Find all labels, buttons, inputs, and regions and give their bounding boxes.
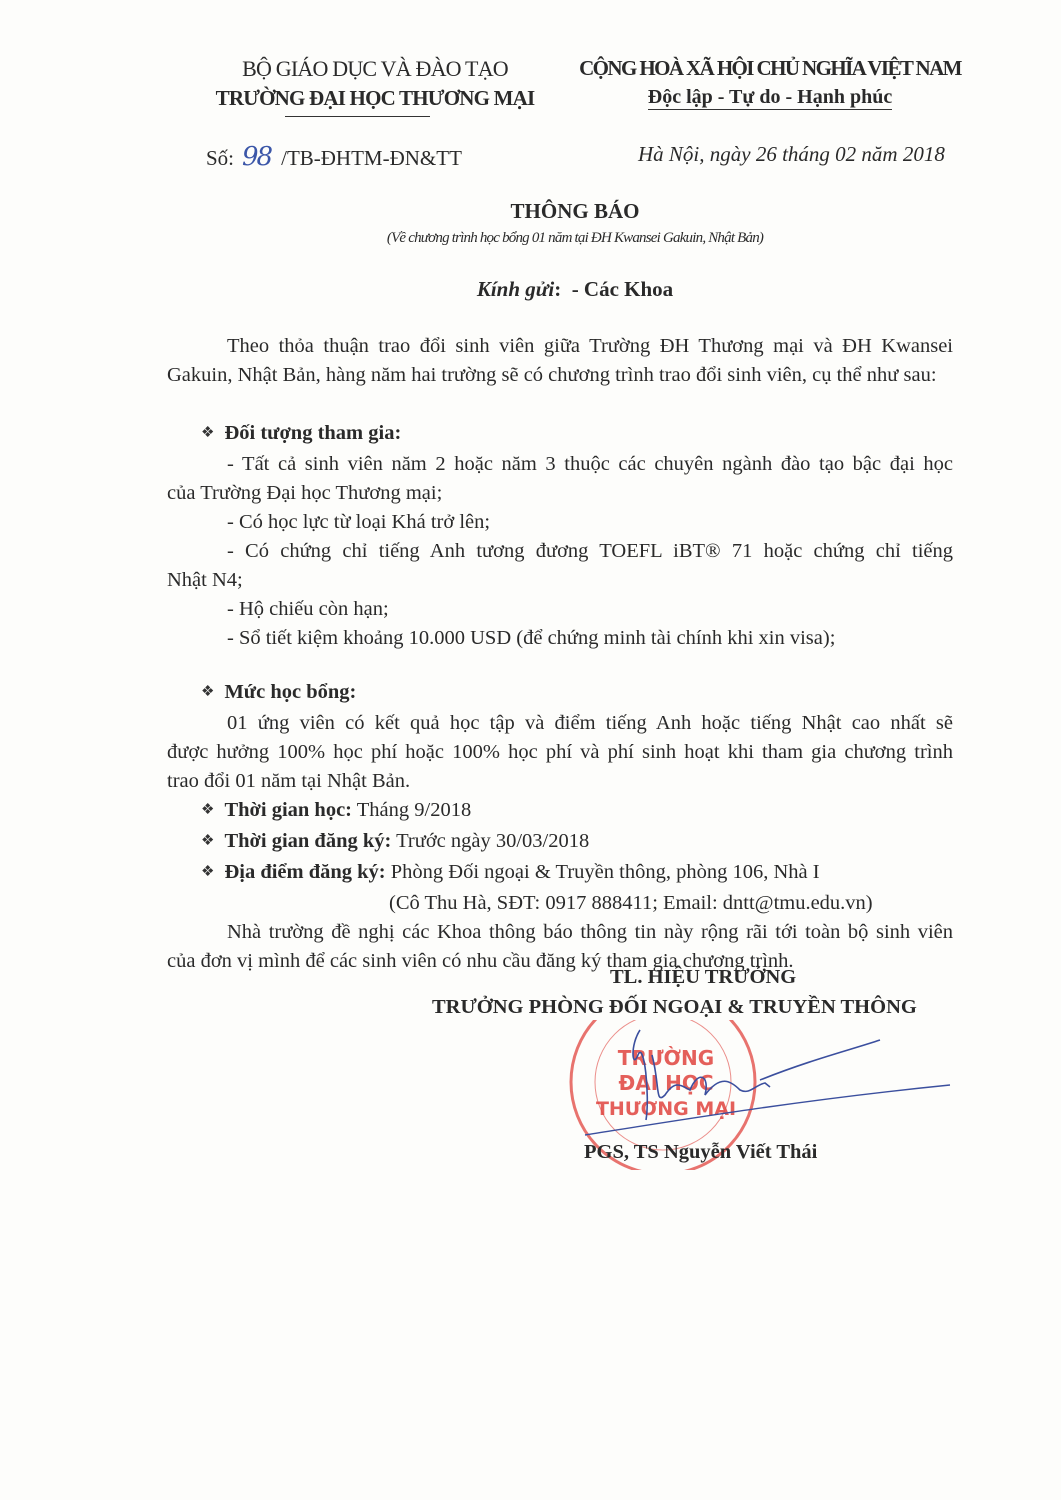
section-eligibility: ❖Đối tượng tham gia: - Tất cả sinh viên … (167, 419, 953, 653)
closing-line-1: Nhà trường đề nghị các Khoa thông báo th… (167, 918, 953, 947)
republic-name: CỘNG HOÀ XÃ HỘI CHỦ NGHĨA VIỆT NAM (560, 56, 980, 81)
registration-place: ❖Địa điểm đăng ký: Phòng Đối ngoại & Tru… (167, 858, 953, 889)
section-scholarship: ❖Mức học bổng: 01 ứng viên có kết quả họ… (167, 678, 953, 976)
study-time: ❖Thời gian học: Tháng 9/2018 (167, 796, 953, 827)
recipient-value: - Các Khoa (561, 277, 673, 301)
signer-name: PGS, TS Nguyễn Viết Thái (584, 1141, 817, 1164)
diamond-bullet-icon: ❖ (201, 425, 214, 441)
registration-time: ❖Thời gian đăng ký: Trước ngày 30/03/201… (167, 827, 953, 858)
ministry-name: BỘ GIÁO DỤC VÀ ĐÀO TẠO (180, 56, 570, 82)
diamond-bullet-icon: ❖ (201, 802, 214, 818)
intro-line-1: Theo thỏa thuận trao đổi sinh viên giữa … (167, 332, 953, 361)
handwritten-signature-icon (580, 1025, 960, 1155)
scholarship-line: 01 ứng viên có kết quả học tập và điểm t… (167, 709, 953, 738)
document-title: THÔNG BÁO (0, 199, 1061, 224)
eligibility-item: - Tất cả sinh viên năm 2 hoặc năm 3 thuộ… (167, 450, 953, 479)
motto-text: Độc lập - Tự do - Hạnh phúc (648, 86, 892, 110)
recipient-label: Kính gửi (477, 277, 554, 301)
intro-paragraph: Theo thỏa thuận trao đổi sinh viên giữa … (167, 332, 953, 390)
registration-contact: (Cô Thu Hà, SĐT: 0917 888411; Email: dnt… (167, 889, 953, 918)
handwritten-number: 98 (242, 142, 271, 172)
scholarship-line: trao đổi 01 năm tại Nhật Bản. (167, 767, 953, 796)
place-date: Hà Nội, ngày 26 tháng 02 năm 2018 (638, 142, 945, 167)
on-behalf-title: TL. HIỆU TRƯỞNG (610, 966, 796, 989)
school-name: TRƯỜNG ĐẠI HỌC THƯƠNG MẠI (180, 86, 570, 111)
closing-line-2: của đơn vị mình để các sinh viên có nhu … (167, 947, 953, 976)
school-underline (285, 116, 430, 117)
doc-number-suffix: /TB-ĐHTM-ĐN&TT (281, 146, 462, 170)
signer-position: TRƯỞNG PHÒNG ĐỐI NGOẠI & TRUYỀN THÔNG (432, 996, 917, 1019)
eligibility-item: - Hộ chiếu còn hạn; (167, 595, 953, 624)
eligibility-item: - Có học lực từ loại Khá trở lên; (167, 508, 953, 537)
eligibility-item: - Sổ tiết kiệm khoảng 10.000 USD (để chứ… (167, 624, 953, 653)
intro-rest: Gakuin, Nhật Bản, hàng năm hai trường sẽ… (167, 361, 953, 390)
eligibility-item: - Có chứng chỉ tiếng Anh tương đương TOE… (167, 537, 953, 566)
diamond-bullet-icon: ❖ (201, 684, 214, 700)
scholarship-heading: ❖Mức học bổng: (167, 678, 953, 709)
doc-number-label: Số: (206, 146, 234, 170)
diamond-bullet-icon: ❖ (201, 864, 214, 880)
document-subtitle: (Về chương trình học bổng 01 năm tại ĐH … (0, 230, 1061, 247)
document-number: Số:98/TB-ĐHTM-ĐN&TT (206, 142, 462, 172)
scholarship-line: được hưởng 100% học phí hoặc 100% học ph… (167, 738, 953, 767)
national-motto: Độc lập - Tự do - Hạnh phúc (560, 86, 980, 109)
eligibility-item: Nhật N4; (167, 566, 953, 595)
diamond-bullet-icon: ❖ (201, 833, 214, 849)
recipient: Kính gửi: - Các Khoa (0, 277, 1061, 302)
eligibility-heading: ❖Đối tượng tham gia: (167, 419, 953, 450)
eligibility-item: của Trường Đại học Thương mại; (167, 479, 953, 508)
